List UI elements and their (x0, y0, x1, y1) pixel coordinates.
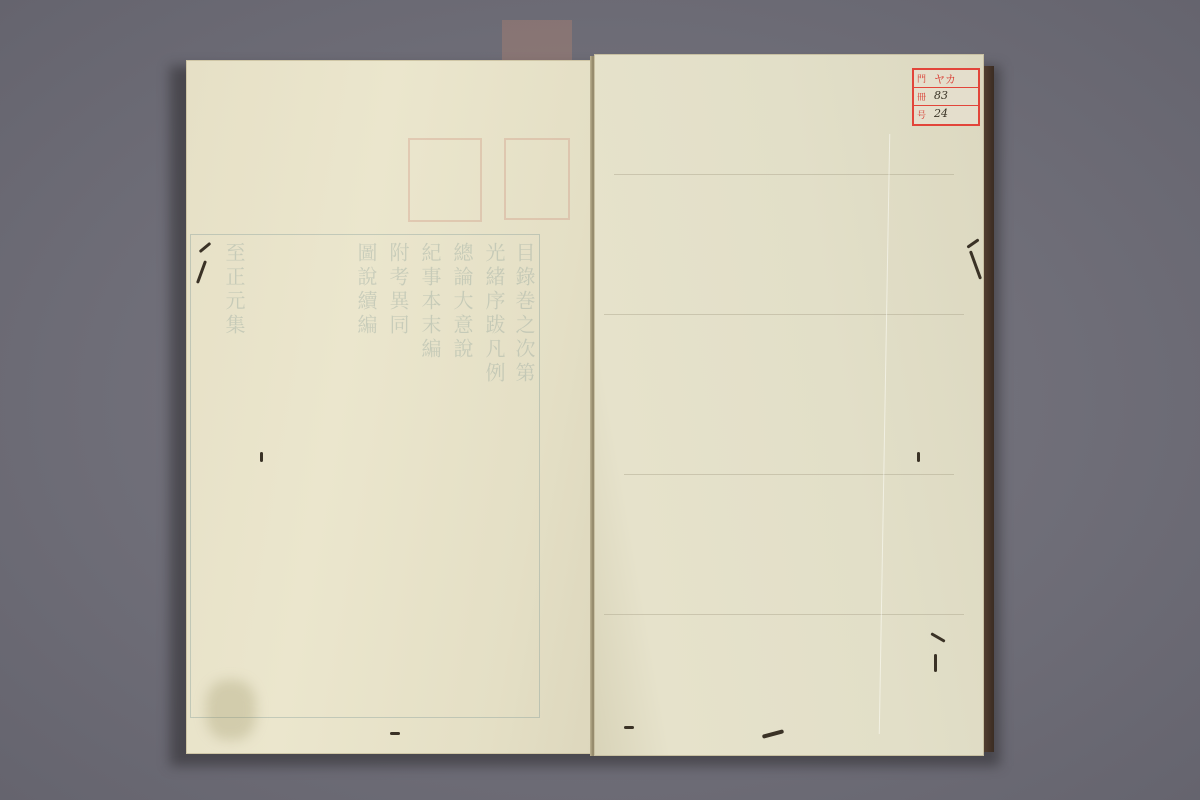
stamp-value: ヤカ (934, 71, 956, 87)
worm-hole (260, 452, 263, 462)
worm-hole (930, 632, 945, 643)
stamp-value: 83 (934, 89, 948, 102)
left-page: 目錄巻之次第 光緒序跋凡例 總論大意說 紀事本末編 附考異同 圖說續編 至正元集 (186, 60, 592, 754)
library-stamp: 門 ヤカ 冊 83 号 24 (912, 68, 980, 126)
stamp-label: 冊 (917, 90, 926, 103)
stamp-label: 号 (917, 108, 926, 121)
faint-seal-right (504, 138, 570, 220)
paper-fiber (624, 474, 954, 475)
paper-fiber (604, 314, 964, 315)
worm-hole (762, 729, 784, 739)
worm-hole (917, 452, 920, 462)
stamp-row: 号 24 (914, 106, 978, 123)
paper-fiber (614, 174, 954, 175)
worm-hole (966, 238, 979, 248)
stain (206, 680, 256, 740)
paper-fiber (604, 614, 964, 615)
faint-seal-left (408, 138, 482, 222)
worm-hole (934, 654, 937, 672)
right-page (594, 54, 984, 756)
stamp-value: 24 (934, 107, 948, 120)
worm-hole (624, 726, 634, 729)
bleed-column: 至正元集 (226, 242, 246, 682)
stamp-row: 門 ヤカ (914, 70, 978, 88)
bleed-column: 紀事本末編 (422, 242, 442, 682)
paper-crease (879, 134, 890, 734)
bleed-column: 目錄巻之次第 (516, 242, 536, 682)
bleed-column: 附考異同 (390, 242, 410, 682)
worm-hole (390, 732, 400, 735)
bleed-column: 圖說續編 (358, 242, 378, 682)
bleed-column: 光緒序跋凡例 (486, 242, 506, 682)
bleed-column: 總論大意說 (454, 242, 474, 682)
worm-hole (969, 250, 982, 279)
stamp-label: 門 (917, 72, 926, 85)
stamp-row: 冊 83 (914, 88, 978, 106)
